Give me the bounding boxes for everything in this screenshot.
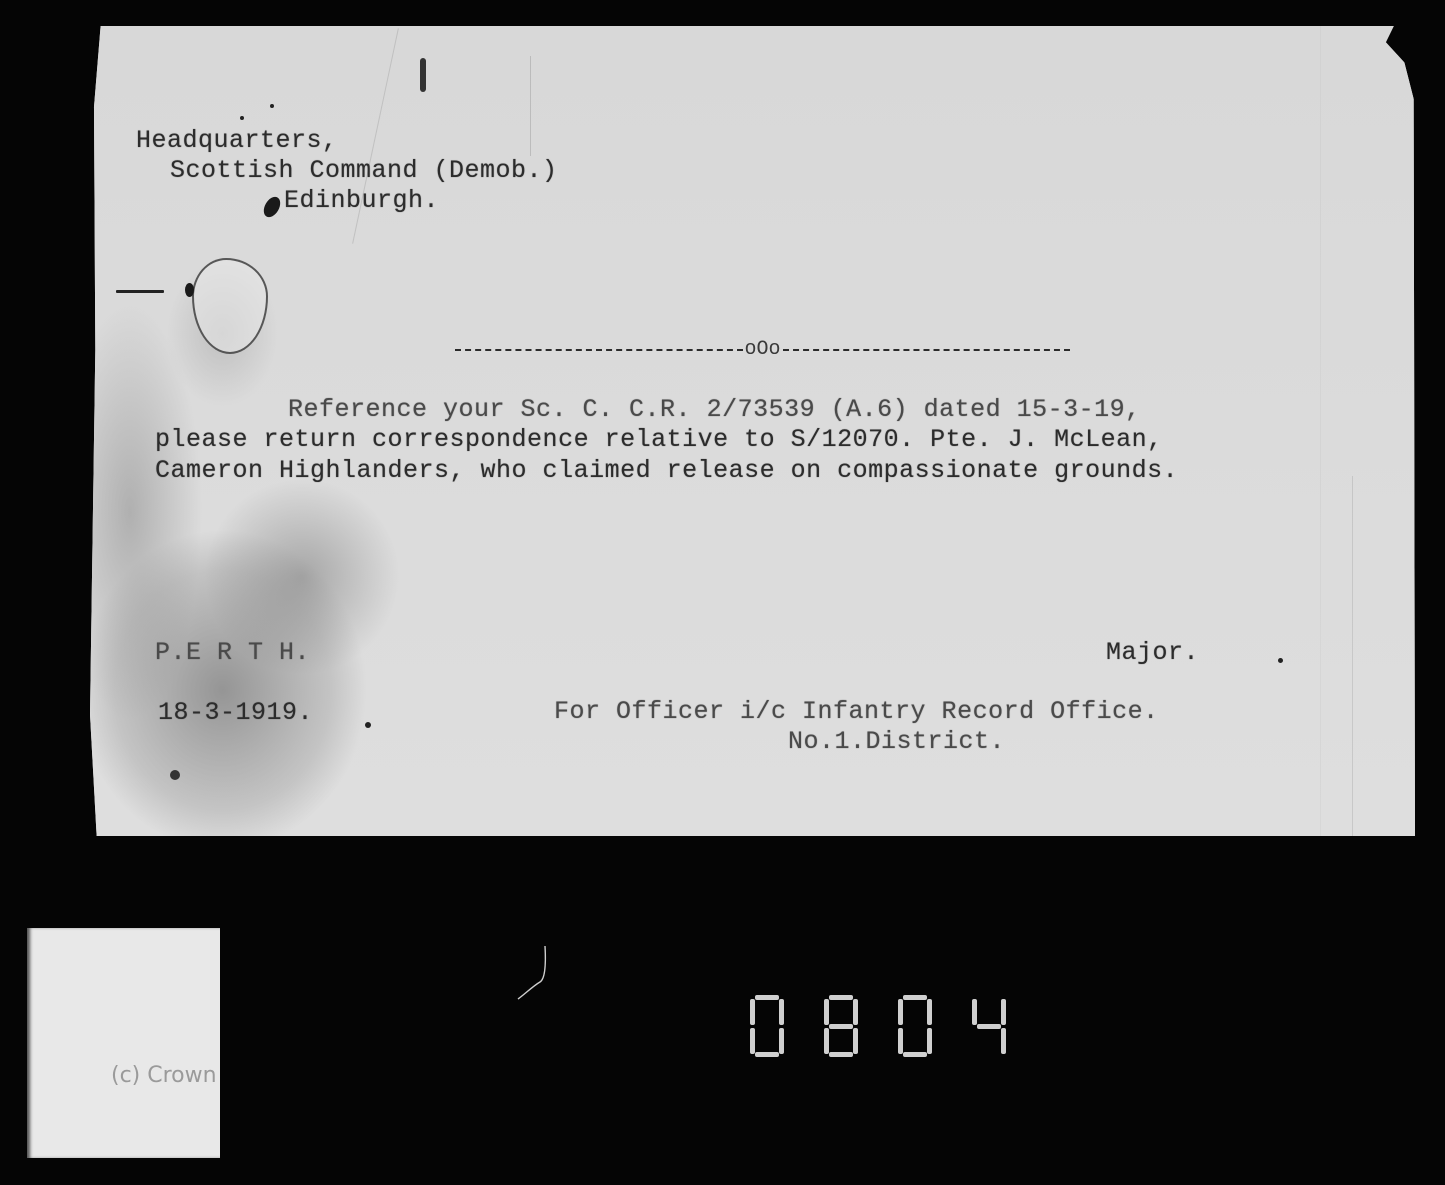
- section-divider: oOo: [455, 340, 1070, 360]
- film-scratch: [515, 944, 555, 1004]
- divider-dash-right: [783, 349, 1071, 351]
- divider-dash-left: [455, 349, 743, 351]
- segment-a: [755, 995, 779, 1000]
- fold-line: [530, 56, 531, 156]
- segment-f: [898, 999, 903, 1025]
- ink-speck: [170, 770, 180, 780]
- segment-e: [824, 1028, 829, 1054]
- place-of-issue: P.E R T H.: [155, 638, 310, 668]
- segment-e: [750, 1028, 755, 1054]
- address-line-3: Edinburgh.: [284, 186, 439, 216]
- signature-rank: Major.: [1106, 638, 1199, 668]
- body-line-2-text: please return correspondence relative to…: [155, 425, 1163, 454]
- ink-spot: [185, 283, 194, 297]
- segment-a: [903, 995, 927, 1000]
- body-line-3-text: Cameron Highlanders, who claimed release…: [155, 456, 1178, 485]
- body-line-3: Cameron Highlanders, who claimed release…: [155, 456, 1178, 486]
- body-line-2: please return correspondence relative to…: [155, 425, 1163, 455]
- ink-speck: [116, 290, 164, 293]
- ink-speck: [270, 104, 274, 108]
- address-line-2: Scottish Command (Demob.): [170, 156, 558, 186]
- segment-c: [927, 1028, 932, 1054]
- segment-b: [927, 999, 932, 1025]
- address-line-1: Headquarters,: [136, 126, 338, 156]
- segment-b: [779, 999, 784, 1025]
- fold-line: [1352, 476, 1353, 836]
- divider-mark: oOo: [743, 340, 783, 360]
- segment-f: [824, 999, 829, 1025]
- fold-line: [1320, 26, 1321, 836]
- segment-c: [853, 1028, 858, 1054]
- segment-c: [779, 1028, 784, 1054]
- segment-d: [755, 1052, 779, 1057]
- counter-digit-3: [972, 995, 1006, 1057]
- segment-e: [898, 1028, 903, 1054]
- frame-counter: [750, 995, 1006, 1057]
- segment-f: [750, 999, 755, 1025]
- segment-a: [829, 995, 853, 1000]
- ink-speck: [1278, 658, 1283, 663]
- issue-date: 18-3-1919.: [158, 698, 313, 728]
- segment-g: [977, 1024, 1001, 1029]
- ink-speck: [365, 722, 371, 728]
- copyright-watermark: (c) Crown: [111, 1063, 217, 1088]
- counter-digit-0: [750, 995, 784, 1057]
- counter-digit-1: [824, 995, 858, 1057]
- segment-b: [1001, 999, 1006, 1025]
- ink-spot: [420, 58, 426, 92]
- archive-card: (c) Crown: [27, 928, 220, 1158]
- segment-c: [1001, 1028, 1006, 1054]
- signature-office: For Officer i/c Infantry Record Office.: [554, 697, 1159, 727]
- ink-speck: [240, 116, 244, 120]
- segment-g: [829, 1024, 853, 1029]
- segment-b: [853, 999, 858, 1025]
- body-line-1: Reference your Sc. C. C.R. 2/73539 (A.6)…: [288, 395, 1141, 425]
- segment-f: [972, 999, 977, 1025]
- segment-d: [829, 1052, 853, 1057]
- body-line-1-text: Reference your Sc. C. C.R. 2/73539 (A.6)…: [288, 395, 1141, 424]
- segment-d: [903, 1052, 927, 1057]
- microfilm-scan: Headquarters, Scottish Command (Demob.) …: [0, 0, 1445, 1185]
- counter-digit-2: [898, 995, 932, 1057]
- signature-district: No.1.District.: [788, 727, 1005, 757]
